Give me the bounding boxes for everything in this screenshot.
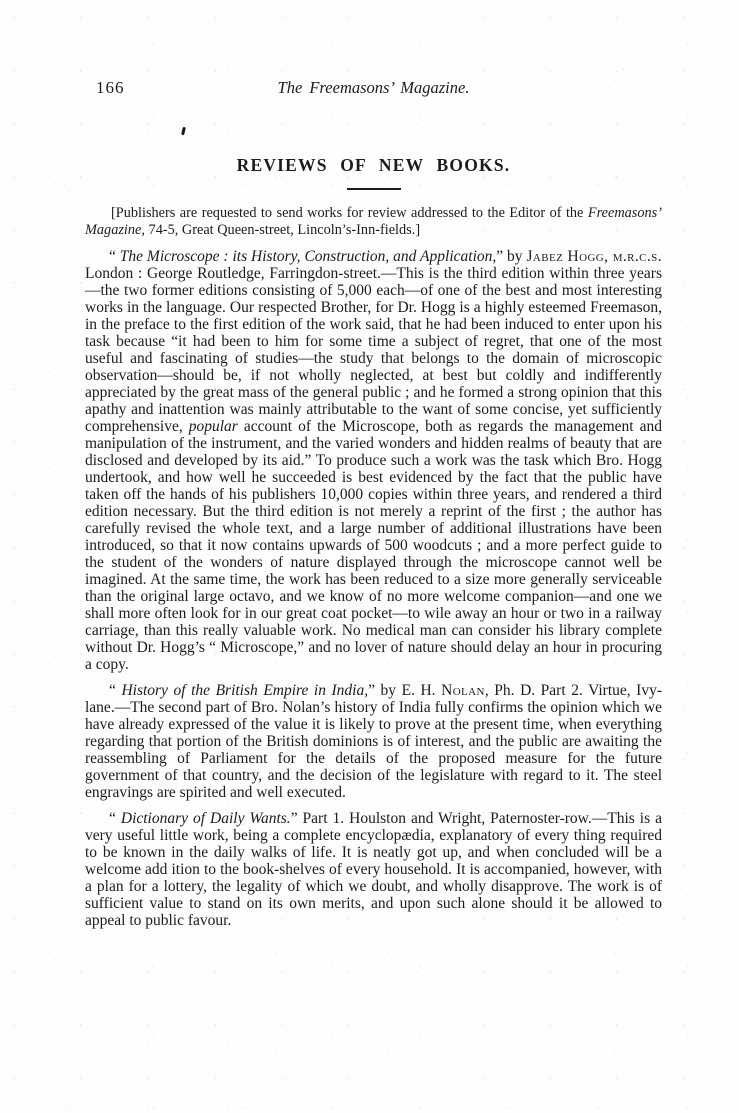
text-segment: [Publishers are requested to send works … <box>111 205 588 221</box>
ink-mark-artifact <box>181 127 186 135</box>
text-segment: ” by <box>496 248 526 265</box>
text-segment: “ <box>109 248 120 265</box>
text-segment: , Ph. D. Part 2. Virtue, Ivy-lane.—The s… <box>85 682 662 801</box>
text-segment: Jabez Hogg, m.r.c.s. <box>526 248 662 265</box>
section-title: REVIEWS OF NEW BOOKS. <box>85 155 662 176</box>
text-segment: “ <box>109 682 121 699</box>
text-segment: Nolan <box>441 682 485 699</box>
text-segment: , 74-5, Great Queen-street, Lincoln’s-In… <box>141 222 420 238</box>
text-segment: Dictionary of Daily Wants. <box>121 810 291 827</box>
editor-note: [Publishers are requested to send works … <box>85 205 662 239</box>
journal-title: The Freemasons’ Magazine. <box>85 78 662 98</box>
text-segment: The Microscope : its History, Constructi… <box>120 248 496 265</box>
text-segment: “ <box>109 810 121 827</box>
text-segment: ” Part 1. Houlston and Wright, Paternost… <box>85 810 662 929</box>
text-segment: History of the British Empire in India, <box>121 682 368 699</box>
page-number: 166 <box>96 78 125 98</box>
title-divider <box>347 188 401 190</box>
page-header: 166 The Freemasons’ Magazine. <box>85 78 662 99</box>
text-segment: London : George Routledge, Farringdon-st… <box>85 265 662 435</box>
text-segment: account of the Microscope, both as regar… <box>85 418 662 673</box>
magazine-page: 166 The Freemasons’ Magazine. REVIEWS OF… <box>0 0 739 1113</box>
reviews-list: “ The Microscope : its History, Construc… <box>85 248 662 929</box>
review-paragraph-microscope: “ The Microscope : its History, Construc… <box>85 248 662 673</box>
text-segment: popular <box>189 418 238 435</box>
text-segment: ” by E. H. <box>368 682 441 699</box>
review-paragraph-dictionary-daily-wants: “ Dictionary of Daily Wants.” Part 1. Ho… <box>85 810 662 929</box>
review-paragraph-british-empire-india: “ History of the British Empire in India… <box>85 682 662 801</box>
